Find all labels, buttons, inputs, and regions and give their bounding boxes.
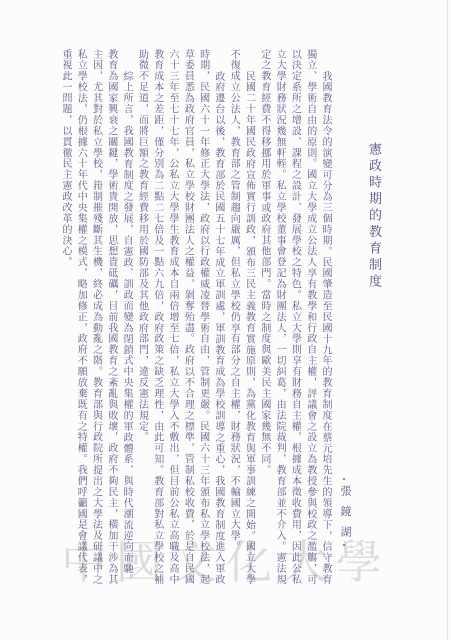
text-column-paragraph-1-start: 我國教育法令的演變可分為三個時期。民國肇造至民國十九年的教育制度在蔡元培先生的領… <box>318 49 333 594</box>
author-dot-top-icon <box>343 478 345 480</box>
text-column-paragraph-2-start: 民國二十年國民政府宣佈實行訓政，頒布三民主義教育實施原則，為黨化教育與軍事訓練之… <box>241 49 256 594</box>
author-name: 張鏡湖 <box>339 485 351 547</box>
text-column: 私立學校法，仍根據六十年代中央集權之模式，略加修正，政府不願放棄既有之特權。我們… <box>73 49 88 594</box>
text-column: 重視此一問題，以貫徹民主憲政改革的決心。 <box>58 49 73 594</box>
document-page: 憲政時期的教育制度 張鏡湖 我國教育法令的演變可分為三個時期。民國肇造至民國十九… <box>0 0 451 640</box>
text-column-paragraph-3-start: 政府遷台以後，教育部於民國五十七年成立軍訓處，軍訓教育成為學校訓導之重心，我國教… <box>211 49 226 594</box>
document-title: 憲政時期的教育制度 <box>366 142 380 291</box>
text-column: 立大學財務狀況幾無軒輊。私立學校董事會登記為財團法人，一切糾葛，由法院裁判，教育… <box>272 49 287 594</box>
text-column: 教育成本之差距，僅分別為二點二七倍及一點六九倍，政府政策之缺乏理性，由此可知。教… <box>149 49 164 594</box>
text-column: 以決定系所之增設、課程之設計、發展學校之特色。私立大學則享有財務自主權，根據成本… <box>287 49 302 594</box>
text-column: 獨立、學術自由的原則。國立大學成立公法人享有教學和行政自主權，評議會之設立為教授… <box>302 49 317 594</box>
text-column-paragraph-4-start: 綜上所言，我國教育制度之發展，自憲政、訓政而變為閉鎖式中央集權的軍政體系，與時代… <box>119 49 134 594</box>
text-column: 時期，民國六十一年修正大學法，政府以行政權威凌替學術自由，管制更嚴。民國六十三年… <box>195 49 210 594</box>
author-byline: 張鏡湖 <box>336 474 354 554</box>
text-column: 草委員悉為政府官員，私立學校財團法人之權益，剝奪殆盡。政府以不合理之標準，管制私… <box>180 49 195 594</box>
document-body: 我國教育法令的演變可分為三個時期。民國肇造至民國十九年的教育制度在蔡元培先生的領… <box>57 49 333 594</box>
page-edge-line <box>447 0 448 640</box>
text-column: 主因，尤其對於私立學校，箝制摧殘斷其生機，終必成為動亂之階。教育部與行政院所提出… <box>88 49 103 594</box>
author-dot-bottom-icon <box>343 544 345 546</box>
text-column: 助微不足道，而將巨額之教育經費移用於國防部及其他政府部門，違反憲法規定。 <box>134 49 149 594</box>
text-column: 定之教育經費不得移挪用於軍事或政府其他部門。當時之制度與歐美民主國家幾無不同。 <box>257 49 272 594</box>
text-column: 教育為國家興衰之關鍵，學術貴開放，思想貴砥礪，目前我國教育之紊亂與敗壞，政府不夠… <box>104 49 119 594</box>
text-column: 六十三年至七十七年，公私立大學學生教育成本自兩倍增至七倍，私立大學入不敷出，但目… <box>165 49 180 594</box>
text-column: 不復成立公法人，教育部之管制趨向嚴厲，但私立學校仍享有部分之自主權，財務狀況，不… <box>226 49 241 594</box>
